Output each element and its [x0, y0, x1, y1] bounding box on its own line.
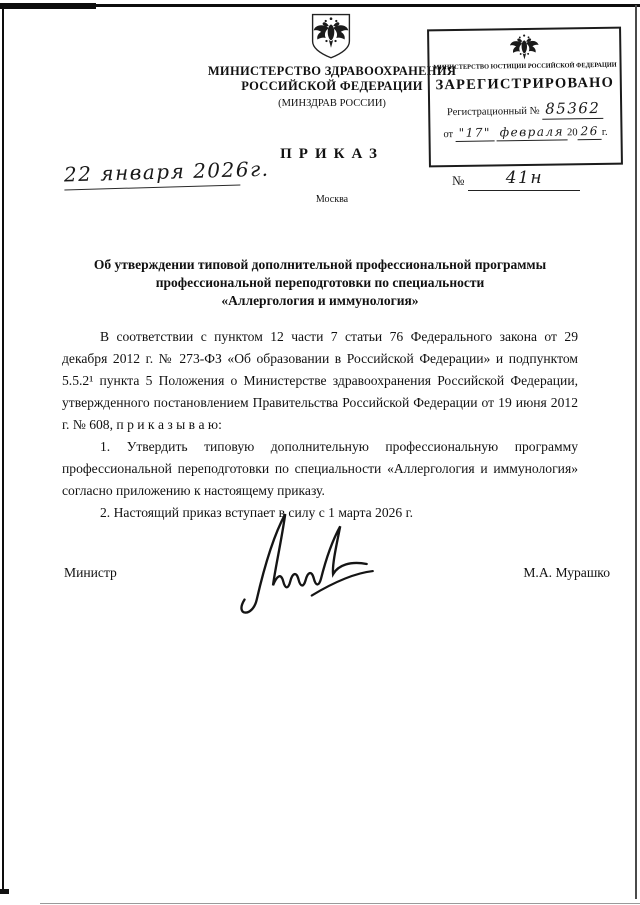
- city-label: Москва: [178, 194, 486, 205]
- stamp-date-month: февраля: [497, 124, 568, 141]
- body-paragraph-1: В соответствии с пунктом 12 части 7 стат…: [62, 326, 578, 436]
- stamp-date-year-printed: 20: [567, 127, 578, 138]
- order-title-line2: профессиональной переподготовки по специ…: [62, 274, 578, 292]
- scan-border-right: [635, 5, 637, 899]
- stamp-reg-number-row: Регистрационный № 85362: [447, 99, 604, 119]
- stamp-eagle-icon: [507, 34, 541, 62]
- signature-name: М.А. Мурашко: [523, 565, 610, 581]
- scan-border-bottom: [40, 903, 640, 904]
- stamp-date-prefix: от: [443, 129, 453, 140]
- body-paragraph-2: 1. Утвердить типовую дополнительную проф…: [62, 436, 578, 502]
- stamp-registered-label: ЗАРЕГИСТРИРОВАНО: [435, 75, 614, 94]
- stamp-date-day: "17": [456, 125, 495, 142]
- document-page: МИНИСТЕРСТВО ЗДРАВООХРАНЕНИЯ РОССИЙСКОЙ …: [0, 0, 640, 905]
- scan-border-left: [2, 4, 4, 889]
- order-number-row: №41н: [452, 170, 580, 191]
- stamp-ministry-label: МИНИСТЕРСТВО ЮСТИЦИИ РОССИЙСКОЙ ФЕДЕРАЦИ…: [433, 62, 616, 72]
- order-title-line3: «Аллергология и иммунология»: [62, 292, 578, 310]
- stamp-reg-number-label: Регистрационный №: [447, 106, 540, 118]
- stamp-date-year-hand: 26: [577, 124, 602, 140]
- scan-border-corner-mark: [0, 889, 9, 894]
- signature-position-label: Министр: [64, 565, 117, 580]
- order-number-sign: №: [452, 173, 464, 188]
- order-body: В соответствии с пунктом 12 части 7 стат…: [62, 326, 578, 524]
- signature-row: Министр М.А. Мурашко: [64, 565, 610, 581]
- order-title-line1: Об утверждении типовой дополнительной пр…: [62, 256, 578, 274]
- order-date-handwritten: 22 января 2026г.: [64, 158, 241, 191]
- stamp-reg-number-value: 85362: [542, 99, 603, 120]
- scan-border-top: [0, 4, 640, 7]
- stamp-date-row: от "17" февраля2026г.: [443, 124, 607, 140]
- stamp-date-suffix: г.: [602, 127, 608, 138]
- russia-coat-of-arms-icon: [308, 10, 354, 66]
- scan-border-top-thick: [0, 3, 96, 9]
- order-number-value: 41н: [506, 168, 543, 188]
- order-number-blank: 41н: [468, 170, 580, 191]
- order-title: Об утверждении типовой дополнительной пр…: [62, 256, 578, 310]
